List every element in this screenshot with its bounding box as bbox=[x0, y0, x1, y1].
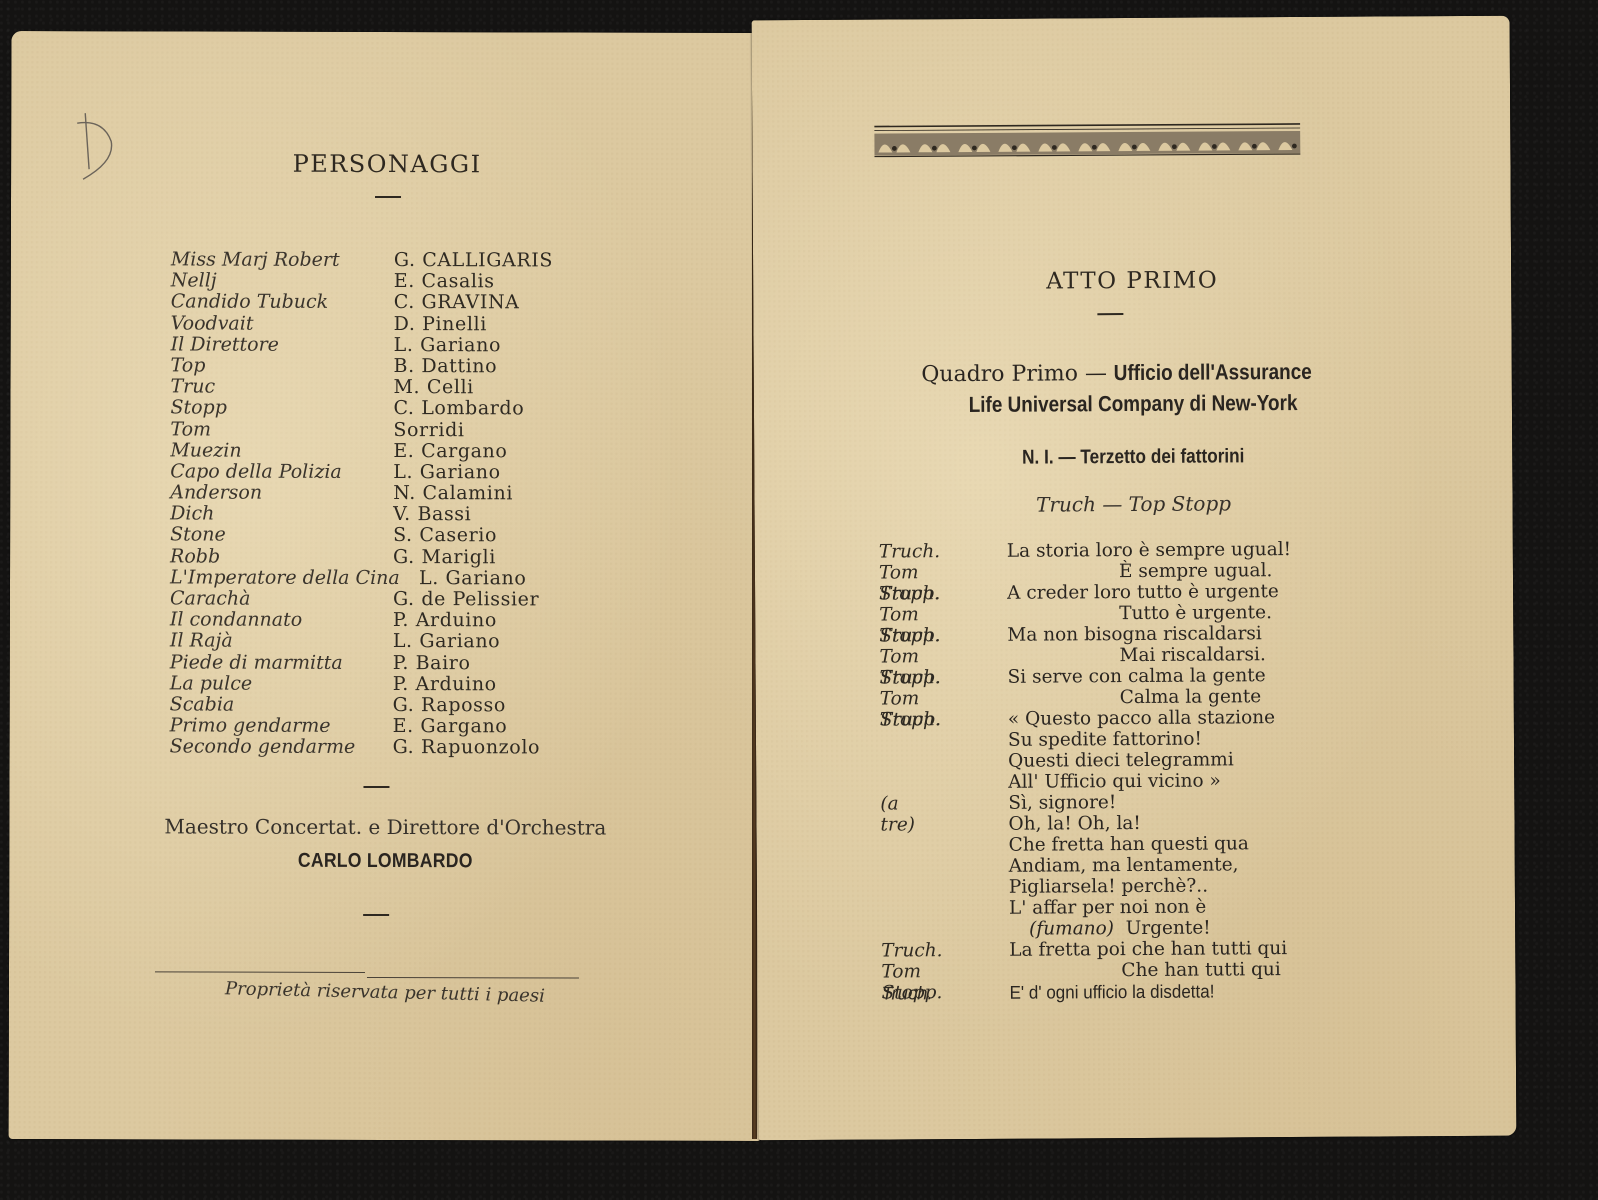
ornamental-border-icon bbox=[874, 122, 1300, 159]
scene-title-line1: Ufficio dell'Assurance bbox=[1114, 357, 1312, 388]
act-title: ATTO PRIMO bbox=[753, 266, 1511, 297]
cast-role: Piede di marmitta bbox=[170, 652, 400, 674]
verse: La fretta poi che han tutti qui bbox=[1009, 938, 1287, 961]
cast-role: Secondo gendarme bbox=[170, 737, 400, 759]
cast-actor: L. Gariano bbox=[393, 631, 552, 653]
verse: Oh, la! Oh, la! bbox=[1008, 813, 1140, 835]
cast-actor: G. Rapuonzolo bbox=[393, 737, 552, 759]
cast-actor: N. Calamini bbox=[393, 483, 552, 505]
speaker: Truch. bbox=[880, 667, 941, 688]
scene-heading: Quadro Primo — Ufficio dell'Assurance Li… bbox=[754, 356, 1512, 423]
cast-role: Robb bbox=[170, 546, 400, 568]
cast-actor: G. CALLIGARIS bbox=[394, 250, 553, 272]
speaker: Truch. bbox=[879, 541, 940, 562]
verse: Andiam, ma lentamente, bbox=[1009, 854, 1239, 876]
right-page: ATTO PRIMO Quadro Primo — Ufficio dell'A… bbox=[752, 16, 1517, 1141]
cast-role: L'Imperatore della Cina bbox=[170, 567, 400, 589]
cast-roles-column: Miss Marj Robert Nellj Candido Tubuck Vo… bbox=[170, 249, 401, 758]
verse: È sempre ugual. bbox=[1119, 560, 1273, 582]
scene-prefix: Quadro Primo — bbox=[921, 361, 1107, 387]
cast-actor: G. Marigli bbox=[393, 547, 552, 569]
act-dash-divider bbox=[1097, 313, 1123, 315]
cast-actor: D. Pinelli bbox=[394, 314, 553, 336]
scene-title-line2: Life Universal Company di New-York bbox=[968, 388, 1297, 420]
cast-actor: L. Gariano bbox=[394, 335, 553, 357]
cast-actors-column: G. CALLIGARIS E. Casalis C. GRAVINA D. P… bbox=[393, 250, 553, 759]
verse: Pigliarsela! perchè?.. bbox=[1009, 876, 1208, 898]
cast-role: Top bbox=[171, 355, 401, 377]
speaker: Truch. bbox=[879, 583, 940, 604]
stage-direction: (fumano) bbox=[1029, 918, 1114, 940]
verse: L' affar per noi non è bbox=[1009, 897, 1206, 919]
footer-rule-left bbox=[155, 971, 365, 973]
scene-characters: Truch — Top Stopp bbox=[754, 490, 1512, 519]
cast-actor: L. Gariano bbox=[393, 462, 552, 484]
cast-role: Candido Tubuck bbox=[171, 292, 401, 314]
cast-role: Carachà bbox=[170, 588, 400, 610]
speaker: Truch. bbox=[879, 625, 940, 646]
section-dash-divider bbox=[363, 914, 389, 916]
cast-actor: G. de Pelissier bbox=[393, 589, 552, 611]
cast-actor: M. Celli bbox=[393, 377, 552, 399]
verse-text: Urgente! bbox=[1126, 918, 1211, 940]
cast-role: La pulce bbox=[170, 673, 400, 695]
cast-role: Dich bbox=[170, 504, 400, 526]
cast-actor: B. Dattino bbox=[394, 356, 553, 378]
verse: « Questo pacco alla stazione bbox=[1008, 707, 1275, 730]
cast-actor: S. Caserio bbox=[393, 525, 552, 547]
verse: Tutto è urgente. bbox=[1119, 602, 1272, 624]
verse: Che fretta han questi qua bbox=[1009, 833, 1249, 855]
cast-actor: E. Gargano bbox=[393, 716, 552, 738]
cast-role: Scabia bbox=[170, 694, 400, 716]
cast-role: Il condannato bbox=[170, 610, 400, 632]
verse: Calma la gente bbox=[1120, 686, 1262, 708]
speaker: Truch. bbox=[881, 982, 932, 1003]
speaker: Truch. bbox=[880, 709, 941, 730]
verse: Che han tutti qui bbox=[1121, 959, 1280, 981]
cast-actor: P. Arduino bbox=[393, 610, 552, 632]
cast-role: Primo gendarme bbox=[170, 716, 400, 738]
verse: E' d' ogni ufficio la disdetta! bbox=[1009, 981, 1214, 1003]
speaker: Truch. bbox=[881, 940, 942, 961]
conductor-role-label: Maestro Concertat. e Direttore d'Orchest… bbox=[9, 814, 761, 840]
verse: Sì, signore! bbox=[1008, 792, 1116, 814]
cast-actor: C. GRAVINA bbox=[394, 292, 553, 314]
verse: Su spedite fattorino! bbox=[1008, 729, 1202, 751]
verse: A creder loro tutto è urgente bbox=[1007, 581, 1279, 604]
cast-role: Il Rajà bbox=[170, 631, 400, 653]
footer-rule-right bbox=[367, 977, 579, 979]
cast-actor: P. Bairo bbox=[393, 653, 552, 675]
title-dash-divider bbox=[375, 196, 401, 198]
cast-actor: V. Bassi bbox=[393, 504, 552, 526]
cast-list-title: PERSONAGGI bbox=[11, 149, 763, 179]
cast-actor: E. Cargano bbox=[393, 441, 552, 463]
number-title: N. I. — Terzetto dei fattorini bbox=[807, 444, 1459, 471]
cast-role: Stone bbox=[170, 525, 400, 547]
cast-actor: G. Raposso bbox=[393, 695, 552, 717]
verse: All' Ufficio qui vicino » bbox=[1008, 770, 1221, 792]
cast-role: Il Direttore bbox=[171, 334, 401, 356]
cast-actor: Sorridi bbox=[393, 420, 552, 442]
cast-role: Capo della Polizia bbox=[170, 461, 400, 483]
left-page: PERSONAGGI Miss Marj Robert Nellj Candid… bbox=[9, 31, 764, 1141]
verse: Ma non bisogna riscaldarsi bbox=[1007, 623, 1262, 646]
cast-role: Stopp bbox=[170, 398, 400, 420]
verse: (fumano) Urgente! bbox=[1029, 918, 1211, 940]
cast-role: Anderson bbox=[170, 482, 400, 504]
dialogue-script: Truch. La storia loro è sempre ugual! To… bbox=[879, 542, 882, 1004]
rights-notice: Proprietà riservata per tutti i paesi bbox=[9, 973, 761, 1012]
cast-actor: P. Arduino bbox=[393, 674, 552, 696]
cast-actor: C. Lombardo bbox=[393, 398, 552, 420]
verse: Si serve con calma la gente bbox=[1008, 665, 1266, 688]
cast-actor: L. Gariano bbox=[393, 568, 552, 590]
cast-role: Tom bbox=[170, 419, 400, 441]
cast-role: Muezin bbox=[170, 440, 400, 462]
verse: Questi dieci telegrammi bbox=[1008, 749, 1234, 771]
verse: Mai riscaldarsi. bbox=[1119, 644, 1265, 666]
cast-actor: E. Casalis bbox=[394, 271, 553, 293]
conductor-name: CARLO LOMBARDO bbox=[54, 849, 716, 874]
verse: La storia loro è sempre ugual! bbox=[1007, 539, 1291, 562]
cast-role: Nellj bbox=[171, 271, 401, 293]
section-dash-divider bbox=[363, 786, 389, 788]
stage-direction: (a tre) bbox=[880, 793, 915, 835]
cast-role: Miss Marj Robert bbox=[171, 249, 401, 271]
cast-role: Voodvait bbox=[171, 313, 401, 335]
cast-role: Truc bbox=[170, 377, 400, 399]
